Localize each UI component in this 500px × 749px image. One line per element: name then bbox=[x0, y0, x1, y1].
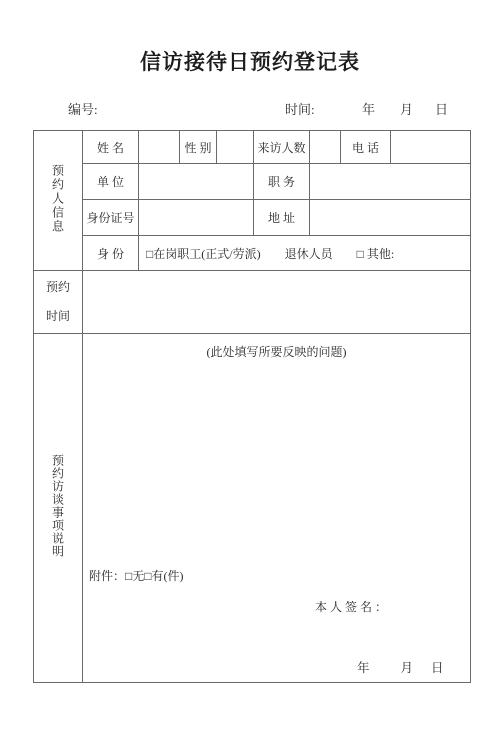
person-info-section-cell: 预约人信息 bbox=[34, 131, 83, 271]
address-value-cell bbox=[310, 200, 471, 236]
position-label-cell: 职 务 bbox=[254, 164, 310, 200]
footer-month-label: 月 bbox=[401, 661, 414, 675]
identity-option-retired: 退休人员 bbox=[285, 245, 333, 262]
number-label: 编号: bbox=[68, 99, 98, 118]
id-number-label-cell: 身份证号 bbox=[83, 200, 139, 236]
identity-option-employee-checkbox: □在岗职工(正式/劳派) bbox=[146, 245, 261, 262]
registration-table: 预约人信息 姓 名 性 别 来访人数 电 话 单 位 职 务 身份证号 地 址 … bbox=[33, 130, 471, 683]
table-row: 身份证号 地 址 bbox=[34, 200, 471, 236]
signature-date-line: 年月日 bbox=[357, 658, 444, 676]
address-label-cell: 地 址 bbox=[254, 200, 310, 236]
signature-label: 本人签名： bbox=[315, 598, 390, 615]
phone-label: 电 话 bbox=[352, 141, 379, 155]
appointment-time-section-cell: 预约 时间 bbox=[34, 271, 83, 334]
name-value-cell bbox=[139, 131, 180, 164]
page-title: 信访接待日预约登记表 bbox=[0, 46, 500, 76]
detail-section-cell: 预约访谈事项说明 bbox=[34, 334, 83, 683]
id-number-value-cell bbox=[139, 200, 254, 236]
work-unit-value-cell bbox=[139, 164, 254, 200]
table-row: 身 份 □在岗职工(正式/劳派) 退休人员 □ 其他: bbox=[34, 236, 471, 271]
person-info-section-label: 预约人信息 bbox=[50, 164, 67, 234]
phone-label-cell: 电 话 bbox=[341, 131, 391, 164]
detail-hint-text: (此处填写所要反映的问题) bbox=[83, 343, 470, 360]
detail-content-cell: (此处填写所要反映的问题) 附件：□无□有(件) 本人签名： 年月日 bbox=[83, 334, 471, 683]
appointment-time-value-cell bbox=[83, 271, 471, 334]
gender-label-cell: 性 别 bbox=[180, 131, 217, 164]
visitor-count-value-cell bbox=[310, 131, 341, 164]
work-unit-label: 单 位 bbox=[97, 175, 124, 189]
name-label-cell: 姓 名 bbox=[83, 131, 139, 164]
scanned-form-page: 信访接待日预约登记表 编号: 时间: 年 月 日 预约人信息 姓 名 性 别 来… bbox=[0, 0, 500, 749]
table-row: 预约 时间 bbox=[34, 271, 471, 334]
gender-value-cell bbox=[217, 131, 254, 164]
address-label: 地 址 bbox=[268, 211, 295, 225]
appointment-time-label: 预约 时间 bbox=[46, 280, 70, 323]
identity-options-cell: □在岗职工(正式/劳派) 退休人员 □ 其他: bbox=[139, 236, 471, 271]
id-number-label: 身份证号 bbox=[86, 211, 134, 225]
phone-value-cell bbox=[391, 131, 471, 164]
name-label: 姓 名 bbox=[97, 141, 124, 155]
identity-label-cell: 身 份 bbox=[83, 236, 139, 271]
footer-year-label: 年 bbox=[357, 661, 370, 675]
footer-day-label: 日 bbox=[431, 661, 444, 675]
table-row: 预约人信息 姓 名 性 别 来访人数 电 话 bbox=[34, 131, 471, 164]
identity-option-other-checkbox: □ 其他: bbox=[357, 245, 395, 262]
table-row: 预约访谈事项说明 (此处填写所要反映的问题) 附件：□无□有(件) 本人签名： … bbox=[34, 334, 471, 683]
position-label: 职 务 bbox=[268, 175, 295, 189]
visitor-count-label-cell: 来访人数 bbox=[254, 131, 310, 164]
header-month-label: 月 bbox=[400, 99, 413, 118]
visitor-count-label: 来访人数 bbox=[257, 141, 305, 155]
time-label: 时间: bbox=[285, 99, 315, 118]
detail-section-label: 预约访谈事项说明 bbox=[50, 454, 67, 558]
table-row: 单 位 职 务 bbox=[34, 164, 471, 200]
header-day-label: 日 bbox=[435, 99, 448, 118]
identity-label: 身 份 bbox=[97, 247, 124, 261]
identity-options-line: □在岗职工(正式/劳派) 退休人员 □ 其他: bbox=[139, 245, 470, 262]
attachment-checkbox-line: 附件：□无□有(件) bbox=[89, 567, 184, 584]
position-value-cell bbox=[310, 164, 471, 200]
header-year-label: 年 bbox=[362, 99, 375, 118]
gender-label: 性 别 bbox=[184, 141, 211, 155]
work-unit-label-cell: 单 位 bbox=[83, 164, 139, 200]
